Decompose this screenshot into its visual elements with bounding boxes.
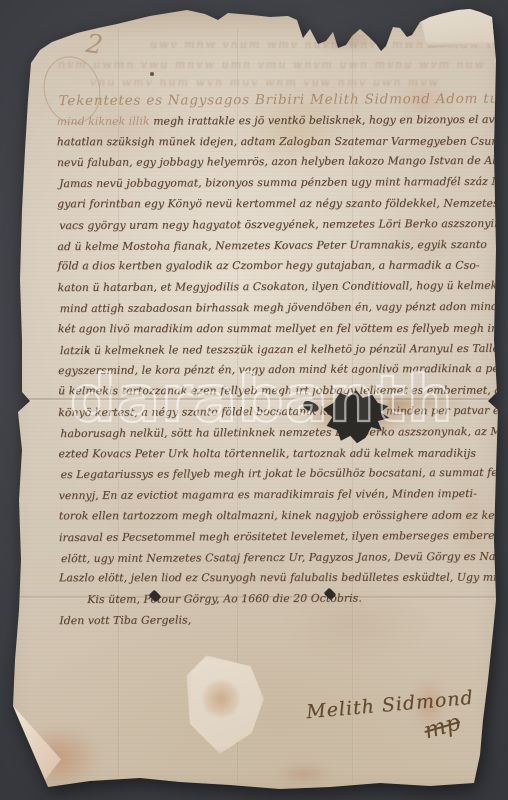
manuscript-line: vennyj, En az evictiot magamra es maradi… [59, 484, 489, 507]
manuscript-line: latzik ü kelmeknek le ned teszszük igaza… [60, 338, 490, 361]
manuscript-line: gyari forintban egy Könyö nevü kertommel… [57, 194, 487, 215]
manuscript-line: mind attigh szabadosan birhassak megh jö… [60, 297, 490, 320]
manuscript-line: hatatlan szüksigh münek idejen, adtam Za… [57, 131, 487, 152]
manuscript-opening-line: Tekentetes es Nagysagos Bribiri Melith S… [59, 89, 489, 112]
manuscript-line: két agon livö maradikim adon summat mell… [58, 318, 488, 339]
ink-fleck [300, 27, 303, 30]
manuscript-line: es Legatariussys es fellyeb megh irt jok… [61, 463, 491, 486]
manuscript-line: ezted Kovacs Peter Urk holta törtennelik… [58, 443, 488, 464]
paper-shadow-wrap: uwv mnw vnum wmv nuvm wnvu mwn vnmuw vmn… [0, 0, 508, 800]
manuscript-line: Jamas nevü jobbagyomat, bizonyos summa p… [59, 172, 489, 195]
manuscript-line: katon ü hatarban, et Megyjodilis a Csoka… [58, 276, 488, 299]
manuscript-line: egyszersmind, le kora pénzt én, vagy ado… [58, 359, 488, 382]
fold-ink-smudge [388, 398, 466, 408]
manuscript-dateline: Kis ütem, Petour Görgy, Ao 1660 die 20 O… [87, 588, 491, 611]
manuscript-line: ad ü kelme Mostoha fianak, Nemzetes Kova… [57, 234, 487, 257]
manuscript-line: Laszlo elött, jelen liod ez Csunyogh nev… [59, 568, 489, 589]
auction-photo: uwv mnw vnum wmv nuvm wnvu mwn vnmuw vmn… [0, 0, 508, 800]
manuscript-line: irasaval es Pecsetommel megh erösitetet … [59, 526, 489, 549]
corner-numeral: 2 [84, 29, 105, 61]
ink-bleedthrough-line: nvm uwmn vwu mnvw umn vmu wnvm uwn mvnu … [58, 58, 490, 71]
folded-flap-top-right [420, 6, 498, 48]
manuscript-line-dark-part: megh irattakle es jö ventkö belisknek, h… [153, 112, 508, 127]
ink-bleedthrough-line: vnu wmv num wvn muv wnm vuw nmv uwn mvw [90, 76, 470, 89]
manuscript-line: vacs györgy uram negy hagyatot öszvegyén… [59, 214, 489, 237]
stain-bottom-center [276, 764, 332, 784]
manuscript-body-text: Tekentetes es Nagysagos Bribiri Melith S… [57, 89, 490, 632]
manuscript-line: mind kiknek illik megh irattakle es jö v… [57, 110, 487, 133]
manuscript-line: föld a dios kertben gyalodik az Czombor … [57, 256, 487, 277]
manuscript-line: torok ellen tartozzom megh oltalmazni, k… [59, 506, 489, 527]
manuscript-witness-line: Iden vott Tiba Gergelis, [59, 609, 489, 632]
ink-fleck [150, 72, 154, 76]
manuscript-paper: uwv mnw vnum wmv nuvm wnvu mwn vnmuw vmn… [0, 0, 508, 800]
manuscript-line: nevü faluban, egy jobbagy helyemrös, azo… [57, 151, 487, 174]
manuscript-line: elött, ugy mint Nemzetes Csataj ferencz … [61, 546, 491, 569]
manuscript-line-faint-part: mind kiknek illik [57, 114, 150, 127]
